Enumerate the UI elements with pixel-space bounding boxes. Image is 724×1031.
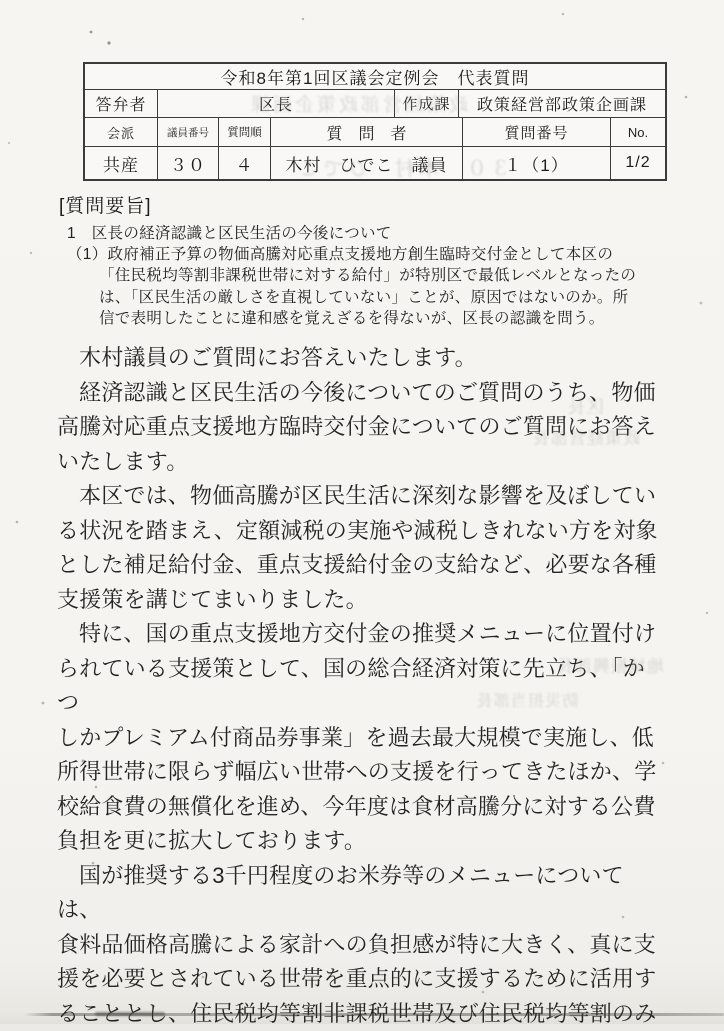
question-order-value: ４ (218, 147, 270, 179)
created-by-value: 政策経営部政策企画課 (458, 90, 665, 117)
question-number-column-header: 質問番号 (462, 118, 610, 146)
table-value-row: 共産 ３０ ４ 木村 ひでこ 議員 １（1） 1/2 (85, 146, 665, 179)
answerer-label: 答弁者 (85, 90, 157, 117)
table-column-header-row: 会派 議員番号 質問順 質 問 者 質問番号 No. (85, 117, 665, 146)
created-by-label: 作成課 (394, 90, 458, 117)
question-summary-section: [質問要旨] 1 区長の経済認識と区民生活の今後について （1）政府補正予算の物… (59, 194, 665, 329)
question-summary-item-1: 1 区長の経済認識と区民生活の今後について (59, 223, 665, 244)
questioner-value: 木村 ひでこ 議員 (270, 147, 462, 179)
question-summary-item-1-1: （1）政府補正予算の物価高騰対応重点支援地方創生臨時交付金として本区の 「住民税… (59, 244, 665, 329)
answer-paragraph-5: 国が推奨する3千円程度のお米券等のメニューについては、 食料品価格高騰による家計… (57, 859, 667, 1025)
question-summary-heading: [質問要旨] (59, 194, 665, 220)
question-order-column-header: 質問順 (218, 118, 270, 146)
answer-paragraph-4: 特に、国の重点支援地方交付金の推奨メニューに位置付け られている支援策として、国… (57, 617, 667, 859)
answerer-value: 区長 (157, 90, 394, 117)
scan-speckle-noise (0, 0, 2, 2)
document-title: 令和8年第1回区議会定例会 代表質問 (85, 64, 665, 89)
table-meta-row: 答弁者 区長 作成課 政策経営部政策企画課 (85, 89, 665, 117)
member-number-column-header: 議員番号 (157, 118, 218, 146)
answer-paragraph-3: 本区では、物価高騰が区民生活に深刻な影響を及ぼしてい る状況を踏まえ、定額減税の… (57, 479, 667, 617)
page-number-value: 1/2 (610, 147, 665, 179)
header-table: 令和8年第1回区議会定例会 代表質問 答弁者 区長 作成課 政策経営部政策企画課… (83, 62, 667, 181)
table-title-row: 令和8年第1回区議会定例会 代表質問 (85, 64, 665, 89)
answer-paragraph-2: 経済認識と区民生活の今後についてのご質問のうち、物価 高騰対応重点支援地方臨時交… (57, 376, 667, 480)
faction-value: 共産 (85, 147, 157, 179)
answer-paragraph-1: 木村議員のご質問にお答えいたします。 (57, 341, 667, 376)
page-number-column-header: No. (610, 118, 665, 146)
question-number-value: １（1） (462, 147, 610, 179)
faction-column-header: 会派 (85, 118, 157, 146)
answer-body: 木村議員のご質問にお答えいたします。 経済認識と区民生活の今後についてのご質問の… (57, 341, 667, 1024)
questioner-column-header: 質 問 者 (270, 118, 462, 146)
member-number-value: ３０ (157, 147, 218, 179)
scanned-document-page: 令和8年第1回区議会定例会 代表質問 答弁者 区長 作成課 政策経営部政策企画課… (0, 0, 724, 1024)
